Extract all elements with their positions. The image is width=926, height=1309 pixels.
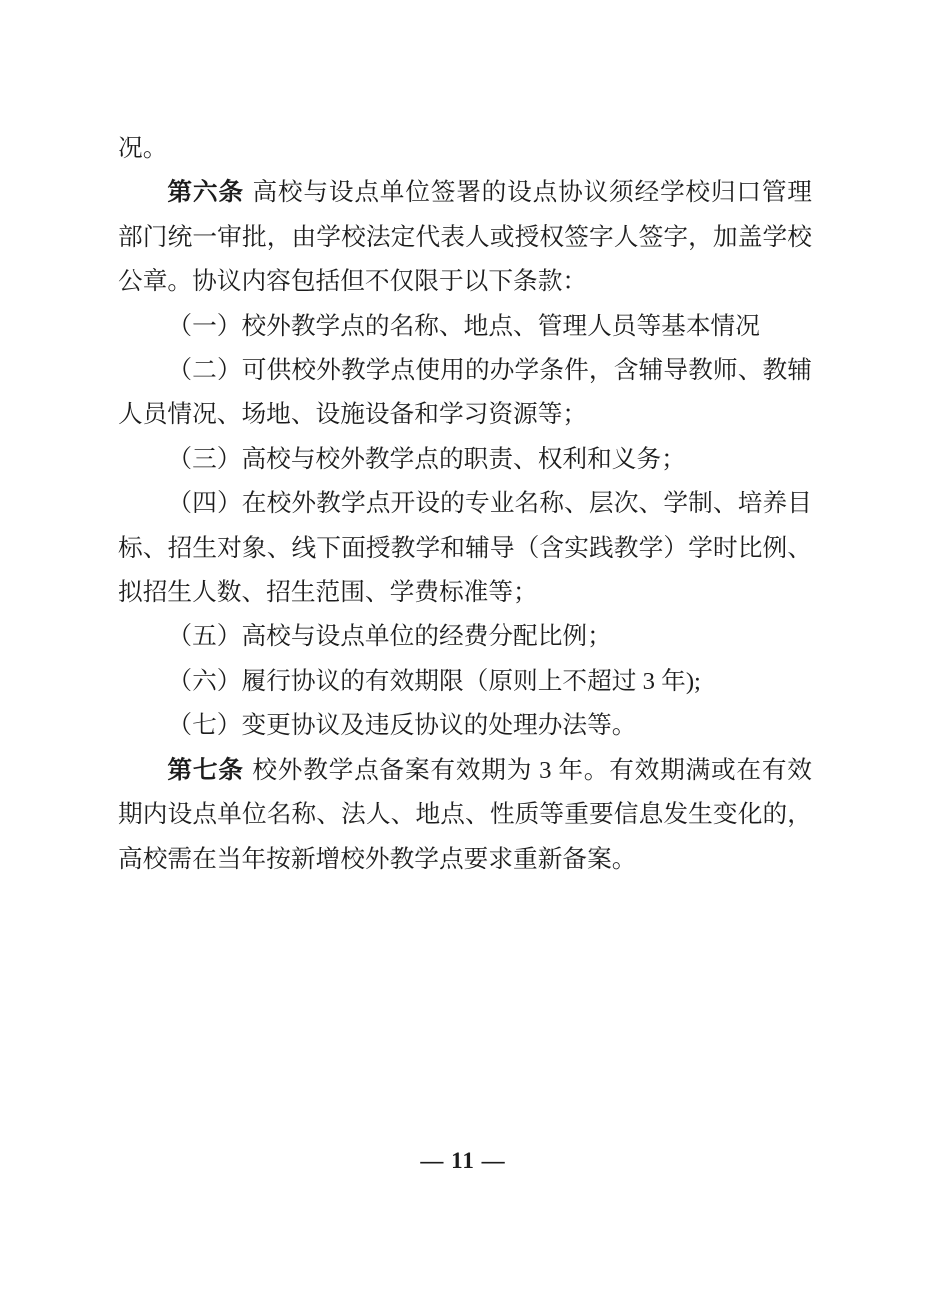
paragraph-text: （六）履行协议的有效期限（原则上不超过 3 年); <box>167 668 701 695</box>
paragraph-item-3: （三）高校与校外教学点的职责、权利和义务； <box>118 438 812 482</box>
paragraph-item-5: （五）高校与设点单位的经费分配比例； <box>118 615 812 659</box>
paragraph-text: （三）高校与校外教学点的职责、权利和义务； <box>167 446 685 473</box>
paragraph-item-1: （一）校外教学点的名称、地点、管理人员等基本情况 <box>118 305 812 349</box>
page-footer: — 11 — <box>0 1148 926 1174</box>
paragraph-text: （七）变更协议及违反协议的处理办法等。 <box>167 712 636 739</box>
paragraph-text: 况。 <box>118 135 167 162</box>
document-body: 况。 第六条高校与设点单位签署的设点协议须经学校归口管理部门统一审批，由学校法定… <box>118 127 812 882</box>
paragraph-continuation: 况。 <box>118 127 812 171</box>
article-7-number: 第七条 <box>167 757 243 784</box>
paragraph-item-2: （二）可供校外教学点使用的办学条件，含辅导教师、教辅人员情况、场地、设施设备和学… <box>118 349 812 438</box>
paragraph-item-7: （七）变更协议及违反协议的处理办法等。 <box>118 704 812 748</box>
paragraph-item-4: （四）在校外教学点开设的专业名称、层次、学制、培养目标、招生对象、线下面授教学和… <box>118 482 812 615</box>
paragraph-text: （二）可供校外教学点使用的办学条件，含辅导教师、教辅人员情况、场地、设施设备和学… <box>118 357 812 428</box>
paragraph-text: （五）高校与设点单位的经费分配比例； <box>167 623 611 650</box>
paragraph-article-6: 第六条高校与设点单位签署的设点协议须经学校归口管理部门统一审批，由学校法定代表人… <box>118 171 812 304</box>
paragraph-article-7: 第七条校外教学点备案有效期为 3 年。有效期满或在有效期内设点单位名称、法人、地… <box>118 749 812 882</box>
paragraph-item-6: （六）履行协议的有效期限（原则上不超过 3 年); <box>118 660 812 704</box>
page-number: — 11 — <box>420 1148 505 1173</box>
document-page: 况。 第六条高校与设点单位签署的设点协议须经学校归口管理部门统一审批，由学校法定… <box>0 0 926 1309</box>
paragraph-text: （一）校外教学点的名称、地点、管理人员等基本情况 <box>167 313 760 340</box>
article-6-number: 第六条 <box>167 179 243 206</box>
paragraph-text: （四）在校外教学点开设的专业名称、层次、学制、培养目标、招生对象、线下面授教学和… <box>118 490 812 606</box>
